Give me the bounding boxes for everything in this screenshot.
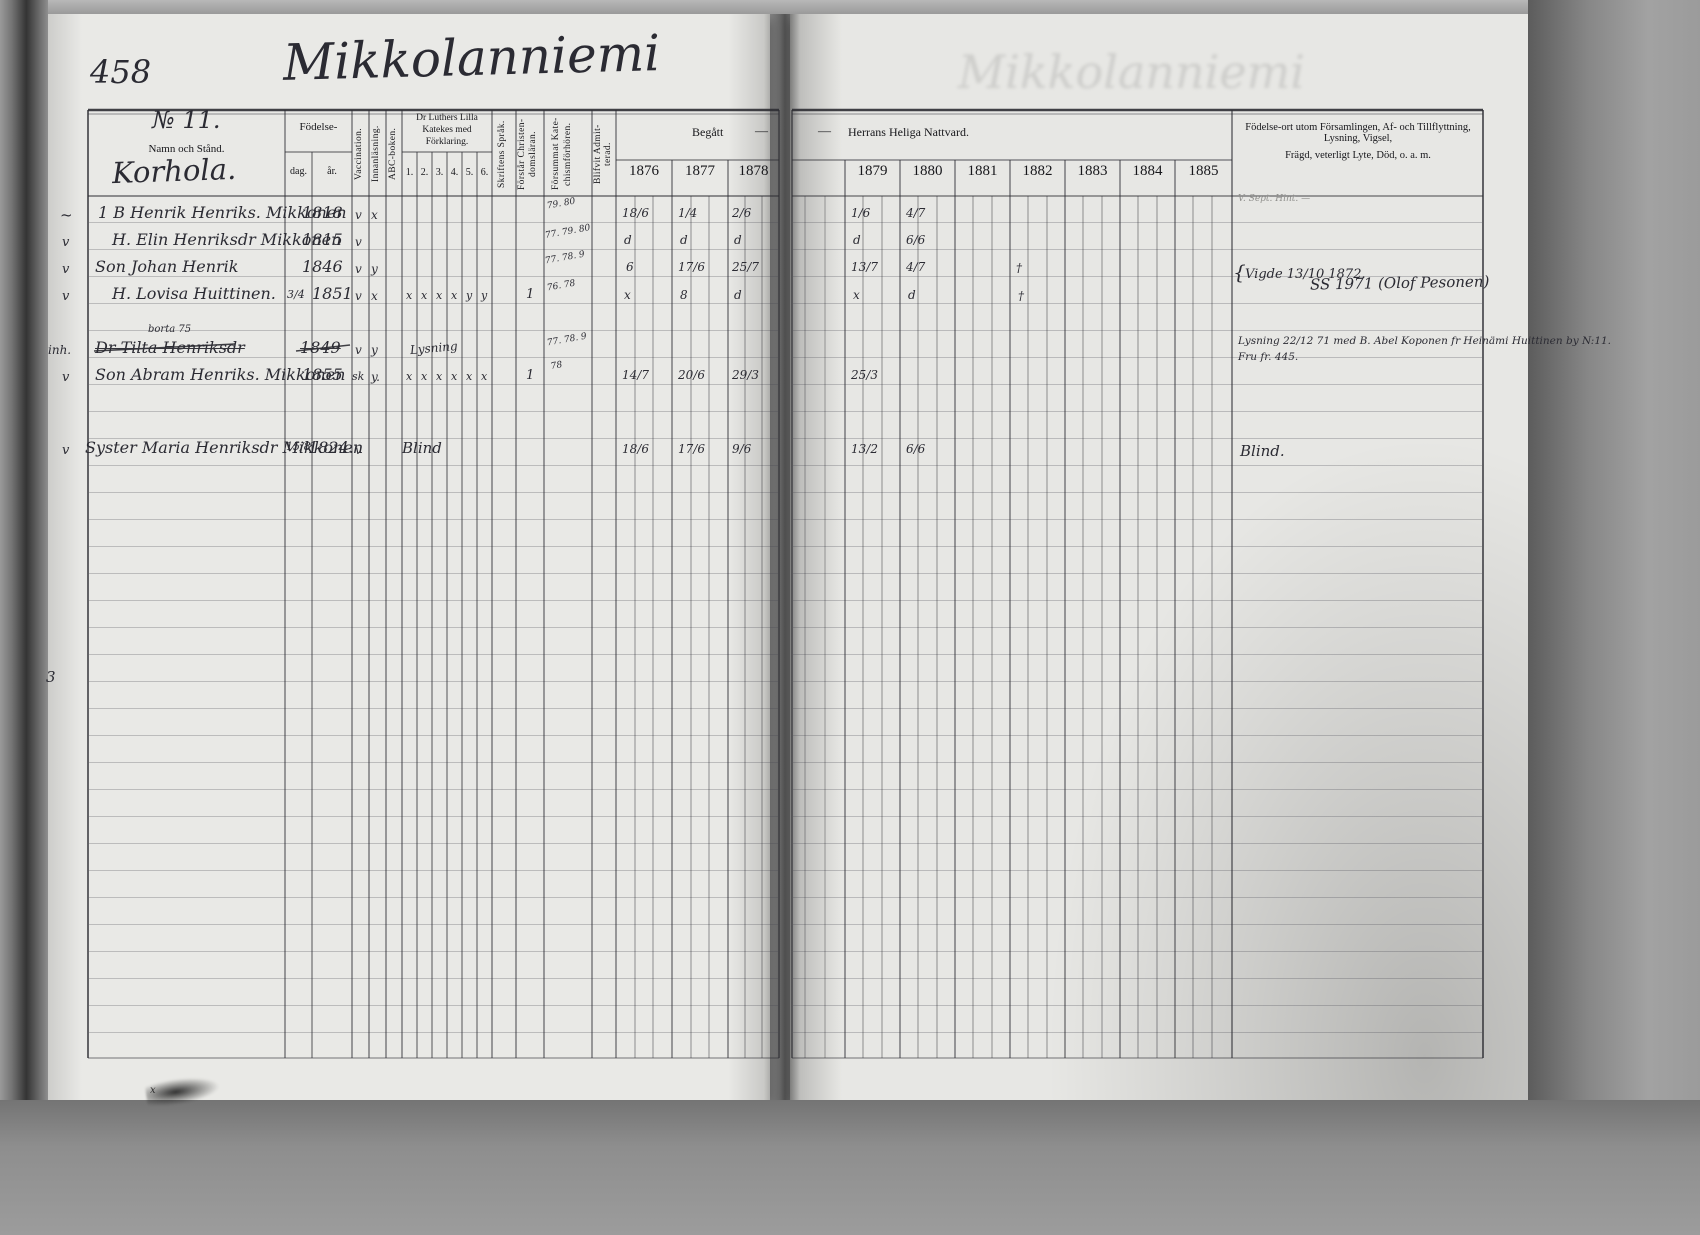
row-4-reading-mark: y (371, 344, 378, 357)
row-3-communion-1882: † (1018, 290, 1024, 303)
row-1-margin-mark: v (62, 236, 69, 250)
col-header-catechism-1: Dr Luthers Lilla (402, 114, 492, 124)
row-0-margin-mark: ~ (60, 208, 73, 224)
year-header-1885: 1885 (1175, 164, 1232, 180)
row-3-name: H. Lovisa Huittinen. (112, 286, 276, 303)
village-name: Korhola. (112, 154, 237, 189)
row-0-communion-1879: 1/6 (851, 207, 870, 220)
row-2-name: Son Johan Henrik (95, 259, 238, 276)
row-3-margin-mark: v (62, 290, 69, 304)
margin-number: 3 (46, 670, 56, 686)
col-header-missed-2: chismförhören. (564, 114, 574, 194)
row-2-reading-mark: y (371, 263, 378, 276)
row-4-name: Dr Tilta Henriksdr (95, 340, 245, 357)
row-0-communion-1876: 18/6 (622, 207, 649, 220)
row-6-birth-day: 15/8 (286, 441, 311, 453)
col-header-birth-day: dag. (285, 167, 312, 178)
row-6-communion-1880: 6/6 (906, 443, 925, 456)
row-6-margin-mark: v (62, 444, 69, 458)
col-header-scripture: Skriftens Språk. (498, 114, 508, 194)
row-2-margin-mark: v (62, 263, 69, 277)
church-book-scan: 458 Mikkolanniemi Mikkolanniemi 3 x № 11… (0, 0, 1700, 1235)
row-5-birth-year: 1855 (302, 367, 343, 384)
col-header-reading: Innanläsning. (372, 114, 382, 194)
row-1-communion-1878: d (734, 234, 742, 247)
row-5-missed-years: 78 (550, 361, 563, 372)
row-4-margin-note: inh. (48, 344, 71, 357)
row-3-birth-year: 1851 (312, 286, 353, 303)
row-5-communion-1879: 25/3 (851, 369, 878, 382)
row-1-communion-1876: d (624, 234, 632, 247)
row-5-catechism-1: x (406, 371, 412, 383)
year-header-1884: 1884 (1120, 164, 1175, 180)
household-number: № 11. (152, 108, 221, 133)
col-header-nattvard: Herrans Heliga Nattvard. (848, 126, 969, 139)
row-2-communion-1878: 25/7 (732, 261, 759, 274)
row-3-reading-mark: x (371, 290, 378, 303)
row-3-catechism-6: y (481, 290, 487, 302)
row-0-birth-year: 1818 (302, 205, 343, 222)
catechism-col-6: 6. (477, 168, 492, 179)
row-6-vaccination-mark: v (355, 444, 362, 457)
col-header-understands-1: Förstår Christen- (518, 114, 528, 194)
note-lysning-line1: Lysning 22/12 71 med B. Abel Koponen fr … (1238, 336, 1611, 347)
row-5-catechism-4: x (451, 371, 457, 383)
row-5-catechism-3: x (436, 371, 442, 383)
row-6-blind-note: Blind (402, 441, 442, 457)
col-header-catechism-2: Katekes med (402, 126, 492, 136)
row-4-birth-year: 1849 (300, 340, 341, 357)
page-title: Mikkolanniemi (282, 27, 660, 89)
table-grid (0, 0, 1700, 1235)
col-header-birth: Födelse- (285, 122, 352, 134)
note-ss-reference: SS 1971 (Olof Pesonen) (1310, 274, 1490, 293)
year-header-1879: 1879 (845, 164, 900, 180)
row-3-communion-1880: d (908, 289, 916, 302)
note-brace: { (1233, 262, 1246, 283)
year-header-1880: 1880 (900, 164, 955, 180)
col-header-birth-year: år. (312, 167, 352, 178)
row-5-communion-1878: 29/3 (732, 369, 759, 382)
row-3-catechism-1: x (406, 290, 412, 302)
row-6-communion-1876: 18/6 (622, 443, 649, 456)
col-header-begatt: Begått (692, 126, 723, 139)
row-4-above-note: borta 75 (148, 325, 191, 336)
row-2-communion-1882: † (1016, 262, 1022, 275)
catechism-col-5: 5. (462, 168, 477, 179)
col-header-abc-book: ABC-boken. (389, 114, 399, 194)
row-2-birth-year: 1846 (302, 259, 343, 276)
row-0-communion-1880: 4/7 (906, 207, 925, 220)
year-header-1878: 1878 (728, 164, 779, 180)
row-6-communion-1878: 9/6 (732, 443, 751, 456)
row-5-margin-mark: v (62, 371, 69, 385)
row-5-catechism-2: x (421, 371, 427, 383)
row-3-communion-1876: x (624, 289, 631, 302)
row-2-vaccination-mark: v (355, 263, 362, 276)
row-4-vaccination-mark: v (355, 344, 362, 357)
catechism-col-2: 2. (417, 168, 432, 179)
row-5-understands-mark: 1 (526, 369, 534, 383)
row-3-communion-1878: d (734, 289, 742, 302)
row-1-communion-1880: 6/6 (906, 234, 925, 247)
row-2-communion-1877: 17/6 (678, 261, 705, 274)
row-3-birth-day: 3/4 (287, 289, 305, 301)
catechism-col-1: 1. (402, 168, 417, 179)
row-5-reading-mark: y. (371, 371, 380, 384)
row-0-communion-1878: 2/6 (732, 207, 751, 220)
row-3-understands-mark: 1 (526, 288, 534, 302)
year-header-1876: 1876 (616, 164, 672, 180)
row-2-communion-1876: 6 (626, 261, 634, 274)
row-5-catechism-6: x (481, 371, 487, 383)
row-2-communion-1880: 4/7 (906, 261, 925, 274)
page-number: 458 (90, 56, 151, 90)
year-header-1881: 1881 (955, 164, 1010, 180)
row-3-catechism-2: x (421, 290, 427, 302)
year-header-1883: 1883 (1065, 164, 1120, 180)
row-5-communion-1877: 20/6 (678, 369, 705, 382)
col-header-understands-2: domsläran. (529, 114, 539, 194)
year-header-1877: 1877 (672, 164, 728, 180)
row-3-vaccination-mark: v (355, 290, 362, 303)
catechism-col-4: 4. (447, 168, 462, 179)
row-1-communion-1877: d (680, 234, 688, 247)
col-header-notes-2: Frägd, veterligt Lyte, Död, o. a. m. (1238, 150, 1478, 161)
note-faint-top: V. Sept. Hint. — (1238, 195, 1310, 204)
row-6-communion-1877: 17/6 (678, 443, 705, 456)
row-5-communion-1876: 14/7 (622, 369, 649, 382)
row-5-vaccination-mark: sk (352, 371, 364, 383)
row-1-communion-1879: d (853, 234, 861, 247)
row-3-catechism-4: x (451, 290, 457, 302)
note-lysning-line2: Fru fr. 445. (1238, 352, 1298, 363)
row-0-communion-1877: 1/4 (678, 207, 697, 220)
col-header-catechism-3: Förklaring. (402, 138, 492, 148)
row-1-birth-year: 1815 (302, 232, 343, 249)
bottom-mark: x (150, 1086, 156, 1097)
row-1-vaccination-mark: v (355, 236, 362, 249)
col-header-admitted-2: terad. (604, 114, 614, 194)
ghost-title: Mikkolanniemi (958, 48, 1305, 96)
begatt-dash: — (755, 124, 768, 138)
row-3-communion-1879: x (853, 289, 860, 302)
row-5-catechism-5: x (466, 371, 472, 383)
row-3-catechism-3: x (436, 290, 442, 302)
row-6-birth-year: 1824. (308, 440, 354, 457)
col-header-vaccination: Vaccination. (355, 114, 365, 194)
row-0-vaccination-mark: v (355, 209, 362, 222)
row-3-catechism-5: y (466, 290, 472, 302)
row-2-communion-1879: 13/7 (851, 261, 878, 274)
row-6-communion-1879: 13/2 (851, 443, 878, 456)
col-header-notes-1: Födelse-ort utom Församlingen, Af- och T… (1238, 122, 1478, 144)
row-0-reading-mark: x (371, 209, 378, 222)
year-header-1882: 1882 (1010, 164, 1065, 180)
catechism-col-3: 3. (432, 168, 447, 179)
note-blind: Blind. (1240, 444, 1285, 460)
row-3-communion-1877: 8 (680, 289, 688, 302)
col-header-missed-1: Försummat Kate- (552, 114, 562, 194)
nattvard-dash: — (818, 124, 831, 138)
